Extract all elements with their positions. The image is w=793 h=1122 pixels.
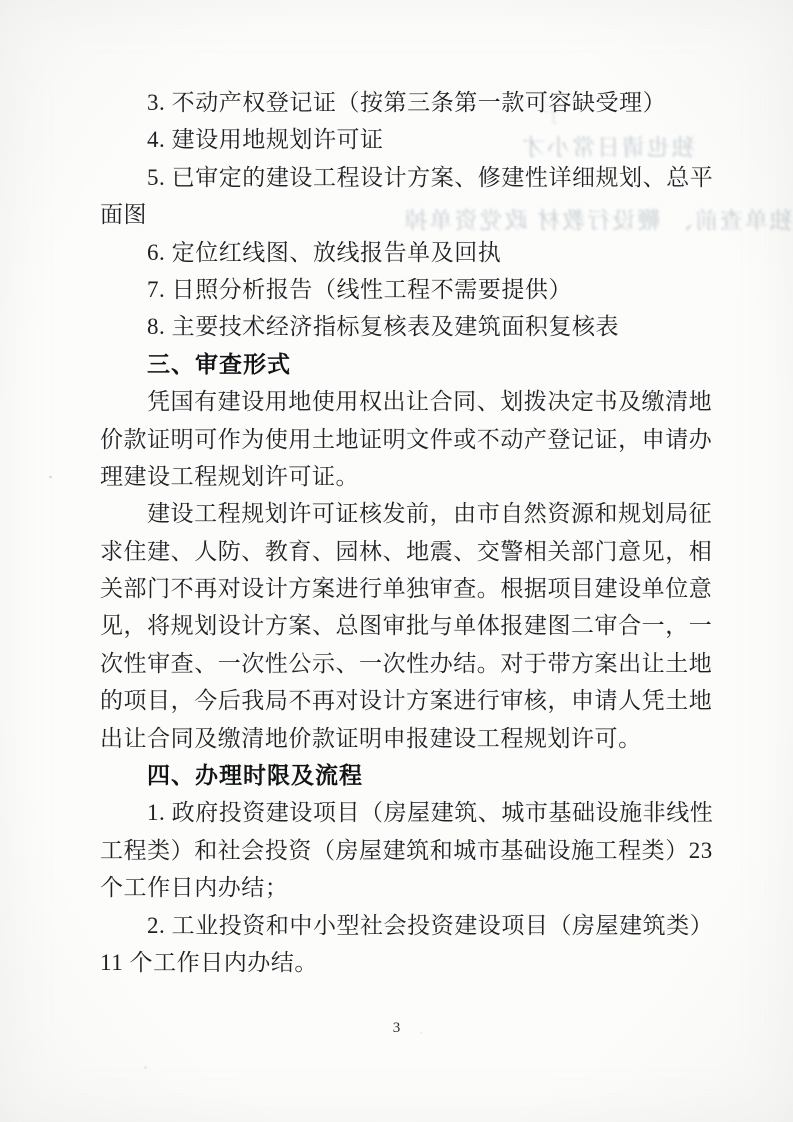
timelimit-item-1-continuation: 工程类）和社会投资（房屋建筑和城市基础设施工程类）23 [100, 832, 692, 869]
paragraph-line: 见，将规划设计方案、总图审批与单体报建图二审合一，一 [100, 607, 692, 644]
paragraph-line: 关部门不再对设计方案进行单独审查。根据项目建设单位意 [100, 570, 692, 607]
paragraph-line: 求住建、人防、教育、园林、地震、交警相关部门意见，相 [100, 533, 692, 570]
paragraph-line: 的项目，今后我局不再对设计方案进行审核，申请人凭土地 [100, 682, 692, 719]
paragraph-line: 次性审查、一次性公示、一次性办结。对于带方案出让土地 [100, 645, 692, 682]
requirement-item-6: 6. 定位红线图、放线报告单及回执 [100, 234, 692, 271]
paragraph-line: 凭国有建设用地使用权出让合同、划拨决定书及缴清地 [100, 383, 692, 420]
requirement-item-5: 5. 已审定的建设工程设计方案、修建性详细规划、总平 [100, 159, 692, 196]
paragraph-line: 出让合同及缴清地价款证明申报建设工程规划许可。 [100, 720, 692, 757]
requirement-item-3: 3. 不动产权登记证（按第三条第一款可容缺受理） [100, 84, 692, 121]
requirement-item-7: 7. 日照分析报告（线性工程不需要提供） [100, 271, 692, 308]
paragraph-line: 价款证明可作为使用土地证明文件或不动产登记证，申请办 [100, 421, 692, 458]
scanned-document-page: 于 独也请日常小才 独单查前、 鞭设行教材 政党资单掉 3. 不动产权登记证（按… [0, 0, 793, 1122]
paragraph-line: 建设工程规划许可证核发前，由市自然资源和规划局征 [100, 495, 692, 532]
page-number: 3 [0, 1020, 793, 1037]
timelimit-item-1: 1. 政府投资建设项目（房屋建筑、城市基础设施非线性 [100, 794, 692, 831]
requirement-item-5-continuation: 面图 [100, 196, 692, 233]
timelimit-item-2-continuation: 11 个工作日内办结。 [100, 944, 692, 981]
requirement-item-4: 4. 建设用地规划许可证 [100, 121, 692, 158]
timelimit-item-2: 2. 工业投资和中小型社会投资建设项目（房屋建筑类） [100, 907, 692, 944]
scan-speck [144, 1066, 147, 1069]
section-heading-review-form: 三、审查形式 [100, 346, 692, 383]
requirement-item-8: 8. 主要技术经济指标复核表及建筑面积复核表 [100, 308, 692, 345]
timelimit-item-1-continuation: 个工作日内办结； [100, 869, 692, 906]
document-body: 3. 不动产权登记证（按第三条第一款可容缺受理） 4. 建设用地规划许可证 5.… [100, 84, 692, 981]
section-heading-time-limit: 四、办理时限及流程 [100, 757, 692, 794]
scan-speck [49, 476, 52, 478]
paragraph-line: 理建设工程规划许可证。 [100, 458, 692, 495]
